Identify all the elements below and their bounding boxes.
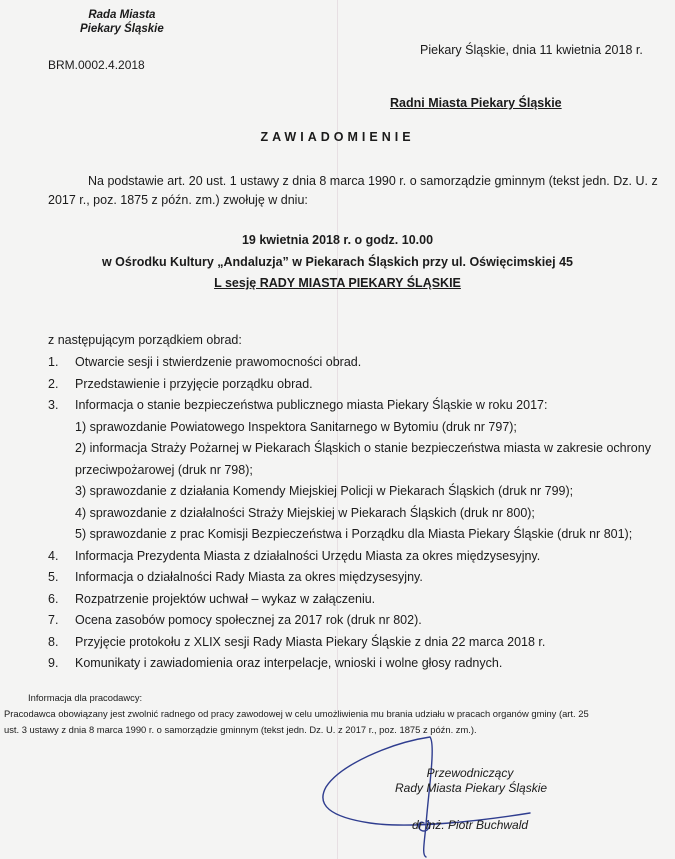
- agenda-item-text: Informacja o stanie bezpieczeństwa publi…: [75, 395, 668, 417]
- signatory-name: dr inż. Piotr Buchwald: [412, 818, 528, 832]
- agenda-lead: z następującym porządkiem obrad:: [48, 333, 242, 347]
- issuer-line-2: Piekary Śląskie: [80, 22, 164, 36]
- agenda-item: 9.Komunikaty i zawiadomienia oraz interp…: [48, 653, 668, 675]
- agenda-item: 3.Informacja o stanie bezpieczeństwa pub…: [48, 395, 668, 417]
- agenda-item: 7.Ocena zasobów pomocy społecznej za 201…: [48, 610, 668, 632]
- agenda-item-text: Informacja Prezydenta Miasta z działalno…: [75, 546, 668, 568]
- agenda-item-number: 2.: [48, 374, 75, 396]
- agenda-item-number: 7.: [48, 610, 75, 632]
- agenda-list: 1.Otwarcie sesji i stwierdzenie prawomoc…: [48, 352, 668, 675]
- agenda-item-number: 5.: [48, 567, 75, 589]
- document-title: ZAWIADOMIENIE: [0, 130, 675, 144]
- employer-info-line-1: Pracodawca obowiązany jest zwolnić radne…: [0, 706, 675, 722]
- intro-paragraph: Na podstawie art. 20 ust. 1 ustawy z dni…: [48, 172, 668, 210]
- employer-info-heading: Informacja dla pracodawcy:: [0, 690, 675, 706]
- agenda-item: 8.Przyjęcie protokołu z XLIX sesji Rady …: [48, 632, 668, 654]
- intro-text: Na podstawie art. 20 ust. 1 ustawy z dni…: [48, 174, 658, 207]
- session-name: L sesję RADY MIASTA PIEKARY ŚLĄSKIE: [0, 276, 675, 290]
- agenda-subitem: 4) sprawozdanie z działalności Straży Mi…: [48, 503, 668, 525]
- agenda-item-text: Rozpatrzenie projektów uchwał – wykaz w …: [75, 589, 668, 611]
- signatory-body: Rady Miasta Piekary Śląskie: [395, 781, 545, 796]
- agenda-item-text: Przedstawienie i przyjęcie porządku obra…: [75, 374, 668, 396]
- session-datetime: 19 kwietnia 2018 r. o godz. 10.00: [0, 233, 675, 247]
- agenda-item: 2.Przedstawienie i przyjęcie porządku ob…: [48, 374, 668, 396]
- agenda-item: 4.Informacja Prezydenta Miasta z działal…: [48, 546, 668, 568]
- agenda-item-number: 9.: [48, 653, 75, 675]
- employer-info: Informacja dla pracodawcy: Pracodawca ob…: [0, 690, 675, 738]
- agenda-item-number: 8.: [48, 632, 75, 654]
- signatory-role: Przewodniczący: [395, 766, 545, 781]
- agenda-subitem: 5) sprawozdanie z prac Komisji Bezpiecze…: [48, 524, 668, 546]
- agenda-item-number: 1.: [48, 352, 75, 374]
- agenda-item-text: Ocena zasobów pomocy społecznej za 2017 …: [75, 610, 668, 632]
- agenda-item: 5.Informacja o działalności Rady Miasta …: [48, 567, 668, 589]
- agenda-item-text: Komunikaty i zawiadomienia oraz interpel…: [75, 653, 668, 675]
- reference-number: BRM.0002.4.2018: [48, 58, 145, 72]
- agenda-item: 6.Rozpatrzenie projektów uchwał – wykaz …: [48, 589, 668, 611]
- agenda-item-text: Informacja o działalności Rady Miasta za…: [75, 567, 668, 589]
- issuer-block: Rada Miasta Piekary Śląskie: [80, 8, 164, 36]
- agenda-subitem: 2) informacja Straży Pożarnej w Piekarac…: [48, 438, 668, 460]
- session-location: w Ośrodku Kultury „Andaluzja” w Piekarac…: [0, 255, 675, 269]
- agenda-subitem-continuation: przeciwpożarowej (druk nr 798);: [48, 460, 668, 482]
- handwritten-signature-icon: [320, 735, 580, 859]
- agenda-item: 1.Otwarcie sesji i stwierdzenie prawomoc…: [48, 352, 668, 374]
- agenda-item-number: 6.: [48, 589, 75, 611]
- signatory-block: Przewodniczący Rady Miasta Piekary Śląsk…: [395, 766, 545, 796]
- agenda-subitem: 1) sprawozdanie Powiatowego Inspektora S…: [48, 417, 668, 439]
- agenda-subitem: 3) sprawozdanie z działania Komendy Miej…: [48, 481, 668, 503]
- place-date: Piekary Śląskie, dnia 11 kwietnia 2018 r…: [420, 43, 643, 57]
- agenda-item-text: Otwarcie sesji i stwierdzenie prawomocno…: [75, 352, 668, 374]
- recipient: Radni Miasta Piekary Śląskie: [390, 96, 562, 110]
- agenda-item-number: 3.: [48, 395, 75, 417]
- agenda-item-text: Przyjęcie protokołu z XLIX sesji Rady Mi…: [75, 632, 668, 654]
- issuer-line-1: Rada Miasta: [80, 8, 164, 22]
- document-page: Rada Miasta Piekary Śląskie BRM.0002.4.2…: [0, 0, 675, 859]
- agenda-item-number: 4.: [48, 546, 75, 568]
